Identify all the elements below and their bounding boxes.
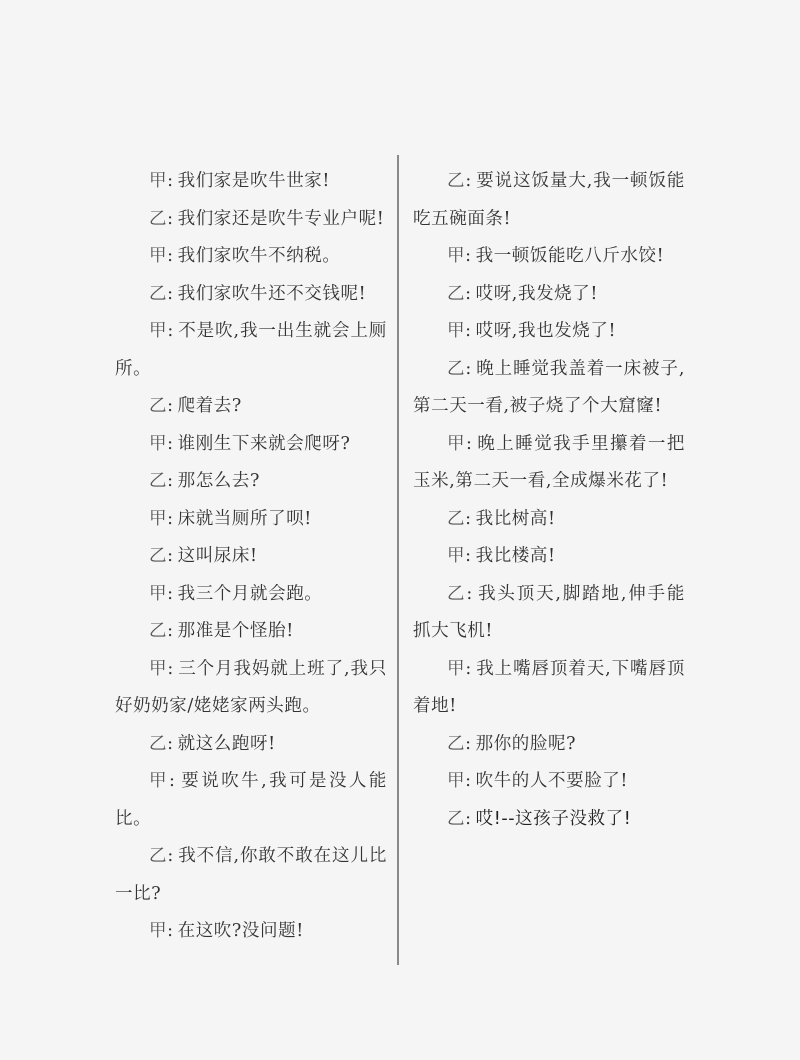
dialogue-line: 甲:我一顿饭能吃八斤水饺! (413, 238, 685, 276)
speaker-label: 甲 (149, 921, 167, 941)
dialogue-line: 乙:我头顶天,脚踏地,伸手能抓大飞机! (413, 576, 685, 651)
dialogue-text: 哎呀,我也发烧了! (476, 321, 617, 341)
colon: : (167, 434, 174, 454)
speaker-label: 甲 (149, 584, 167, 604)
dialogue-text: 哎呀,我发烧了! (476, 284, 598, 304)
colon: : (169, 771, 176, 791)
speaker-label: 甲 (149, 659, 167, 679)
colon: : (167, 471, 174, 491)
speaker-label: 甲 (149, 171, 167, 191)
dialogue-line: 甲:晚上睡觉我手里攥着一把玉米,第二天一看,全成爆米花了! (413, 426, 685, 501)
colon: : (465, 171, 472, 191)
dialogue-text: 那你的脸呢? (476, 734, 576, 754)
colon: : (167, 546, 174, 566)
dialogue-text: 就这么跑呀! (178, 734, 276, 754)
speaker-label: 乙 (149, 546, 167, 566)
right-column: 乙:要说这饭量大,我一顿饭能吃五碗面条! 甲:我一顿饭能吃八斤水饺! 乙:哎呀,… (413, 163, 685, 838)
dialogue-line: 乙:那准是个怪胎! (115, 613, 387, 651)
dialogue-line: 乙:哎!--这孩子没救了! (413, 801, 685, 839)
colon: : (167, 321, 174, 341)
dialogue-line: 甲:谁刚生下来就会爬呀? (115, 426, 387, 464)
speaker-label: 乙 (149, 396, 167, 416)
colon: : (466, 434, 473, 454)
dialogue-line: 甲:我们家吹牛不纳税。 (115, 238, 387, 276)
dialogue-line: 甲:不是吹,我一出生就会上厕所。 (115, 313, 387, 388)
colon: : (167, 846, 174, 866)
colon: : (465, 246, 472, 266)
dialogue-line: 乙:我不信,你敢不敢在这儿比一比? (115, 838, 387, 913)
dialogue-line: 乙:晚上睡觉我盖着一床被子,第二天一看,被子烧了个大窟窿! (413, 351, 685, 426)
dialogue-line: 乙:就这么跑呀! (115, 726, 387, 764)
dialogue-line: 甲:三个月我妈就上班了,我只好奶奶家/姥姥家两头跑。 (115, 651, 387, 726)
colon: : (167, 921, 174, 941)
colon: : (167, 621, 174, 641)
speaker-label: 甲 (149, 246, 167, 266)
speaker-label: 乙 (149, 734, 167, 754)
dialogue-line: 乙:我们家还是吹牛专业户呢! (115, 201, 387, 239)
dialogue-line: 甲:我比楼高! (413, 538, 685, 576)
dialogue-text: 那准是个怪胎! (178, 621, 294, 641)
dialogue-line: 甲:要说吹牛,我可是没人能比。 (115, 763, 387, 838)
dialogue-text: 在这吹?没问题! (178, 921, 304, 941)
dialogue-text: 那怎么去? (178, 471, 260, 491)
speaker-label: 乙 (149, 846, 167, 866)
left-column: 甲:我们家是吹牛世家! 乙:我们家还是吹牛专业户呢! 甲:我们家吹牛不纳税。 乙… (115, 163, 387, 951)
speaker-label: 乙 (149, 209, 167, 229)
column-divider (397, 155, 399, 965)
dialogue-line: 乙:那怎么去? (115, 463, 387, 501)
dialogue-text: 我们家还是吹牛专业户呢! (178, 209, 385, 229)
document-page: 甲:我们家是吹牛世家! 乙:我们家还是吹牛专业户呢! 甲:我们家吹牛不纳税。 乙… (0, 0, 800, 1060)
colon: : (465, 359, 472, 379)
dialogue-text: 床就当厕所了呗! (178, 509, 312, 529)
dialogue-line: 甲:哎呀,我也发烧了! (413, 313, 685, 351)
colon: : (167, 209, 174, 229)
dialogue-text: 我们家是吹牛世家! (178, 171, 330, 191)
colon: : (465, 659, 472, 679)
colon: : (167, 171, 174, 191)
colon: : (465, 284, 472, 304)
speaker-label: 乙 (447, 584, 466, 604)
dialogue-line: 甲:吹牛的人不要脸了! (413, 763, 685, 801)
speaker-label: 甲 (447, 659, 465, 679)
dialogue-text: 这叫尿床! (178, 546, 258, 566)
dialogue-line: 乙:我比树高! (413, 501, 685, 539)
speaker-label: 乙 (149, 284, 167, 304)
speaker-label: 甲 (149, 434, 167, 454)
speaker-label: 乙 (447, 734, 465, 754)
speaker-label: 乙 (447, 284, 465, 304)
speaker-label: 甲 (149, 771, 169, 791)
colon: : (167, 246, 174, 266)
dialogue-line: 甲:床就当厕所了呗! (115, 501, 387, 539)
speaker-label: 甲 (447, 771, 465, 791)
colon: : (465, 321, 472, 341)
colon: : (465, 771, 472, 791)
colon: : (465, 809, 472, 829)
dialogue-text: 我比树高! (476, 509, 556, 529)
speaker-label: 乙 (149, 621, 167, 641)
speaker-label: 乙 (447, 809, 465, 829)
colon: : (167, 509, 174, 529)
colon: : (167, 284, 174, 304)
speaker-label: 甲 (447, 434, 466, 454)
dialogue-text: 谁刚生下来就会爬呀? (178, 434, 351, 454)
colon: : (167, 584, 174, 604)
dialogue-line: 甲:在这吹?没问题! (115, 913, 387, 951)
colon: : (465, 509, 472, 529)
colon: : (167, 396, 174, 416)
dialogue-line: 乙:我们家吹牛还不交钱呢! (115, 276, 387, 314)
colon: : (465, 546, 472, 566)
speaker-label: 乙 (447, 509, 465, 529)
colon: : (466, 584, 473, 604)
dialogue-text: 我们家吹牛不纳税。 (178, 246, 341, 266)
colon: : (167, 734, 174, 754)
dialogue-text: 我们家吹牛还不交钱呢! (178, 284, 367, 304)
dialogue-text: 哎!--这孩子没救了! (476, 809, 632, 829)
speaker-label: 乙 (447, 171, 465, 191)
speaker-label: 乙 (149, 471, 167, 491)
speaker-label: 甲 (149, 321, 167, 341)
speaker-label: 甲 (447, 246, 465, 266)
dialogue-line: 甲:我上嘴唇顶着天,下嘴唇顶着地! (413, 651, 685, 726)
dialogue-line: 乙:爬着去? (115, 388, 387, 426)
dialogue-text: 吹牛的人不要脸了! (476, 771, 628, 791)
dialogue-line: 甲:我们家是吹牛世家! (115, 163, 387, 201)
speaker-label: 乙 (447, 359, 465, 379)
dialogue-text: 我三个月就会跑。 (178, 584, 323, 604)
speaker-label: 甲 (447, 546, 465, 566)
dialogue-text: 爬着去? (178, 396, 242, 416)
dialogue-text: 我比楼高! (476, 546, 556, 566)
dialogue-line: 乙:那你的脸呢? (413, 726, 685, 764)
colon: : (167, 659, 174, 679)
dialogue-line: 甲:我三个月就会跑。 (115, 576, 387, 614)
dialogue-line: 乙:要说这饭量大,我一顿饭能吃五碗面条! (413, 163, 685, 238)
dialogue-line: 乙:哎呀,我发烧了! (413, 276, 685, 314)
colon: : (465, 734, 472, 754)
speaker-label: 甲 (447, 321, 465, 341)
dialogue-text: 我一顿饭能吃八斤水饺! (476, 246, 665, 266)
dialogue-line: 乙:这叫尿床! (115, 538, 387, 576)
speaker-label: 甲 (149, 509, 167, 529)
